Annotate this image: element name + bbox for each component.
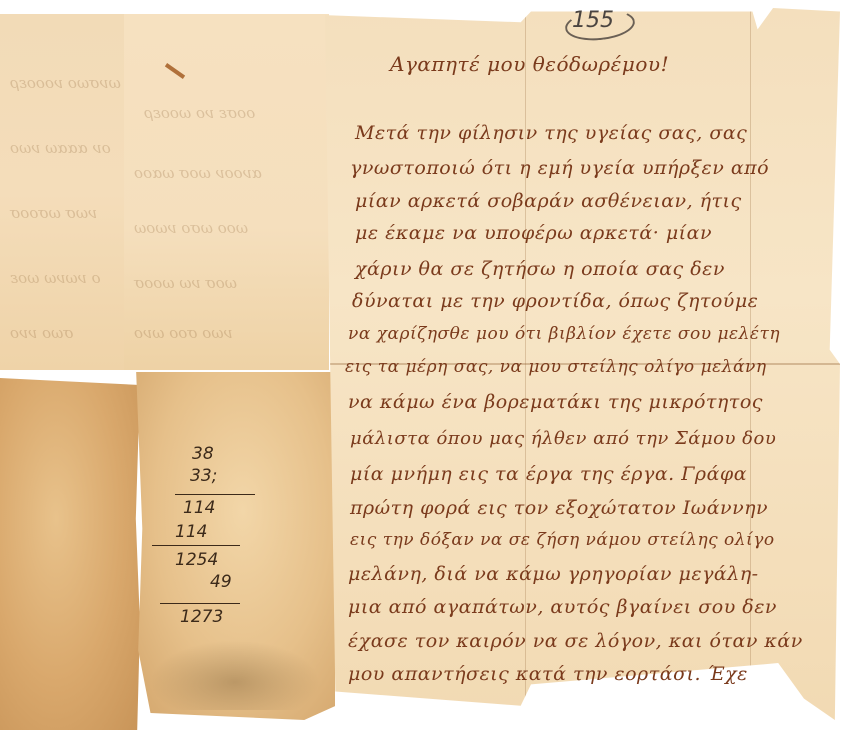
arith-row: 33; — [190, 466, 217, 486]
arith-row: 49 — [210, 572, 232, 592]
sum-rule — [175, 494, 255, 495]
bleed-through-text: ωοσ νω ωοοσ — [134, 274, 237, 292]
arith-row: 114 — [183, 498, 215, 518]
sum-rule — [160, 603, 240, 604]
bleed-through-text: νωσ ωσοοσ — [10, 204, 97, 222]
bleed-through-text: νωο σοο ωνο — [134, 324, 233, 342]
letter-line: μου απαντήσεις κατά την εορτάσι. Έχε — [348, 663, 748, 685]
letter-line: πρώτη φορά εις τον εξοχώτατον Ιωάννην — [350, 497, 768, 519]
bleed-through-text: ο νωνω ωοε — [10, 269, 101, 287]
bleed-through-text: ον αααω νωο — [10, 139, 111, 157]
letter-line: Μετά την φίλησιν της υγείας σας, σας — [355, 122, 747, 144]
letter-line: μια από αγαπάτων, αυτός βγαίνει σου δεν — [348, 596, 777, 618]
bleed-through-text: ανοον ωοσ ωαοο — [134, 164, 262, 182]
letter-line: μάλιστα όπου μας ήλθεν από την Σάμου δου — [350, 428, 776, 449]
letter-line: εις τα μέρη σας, να μου στείλης ολίγο με… — [345, 357, 767, 377]
bleed-through-text: οοσε νο ωοοερ — [144, 104, 255, 122]
arith-row: 38 — [192, 444, 214, 464]
ink-stain — [165, 63, 185, 79]
arith-row: 1273 — [180, 607, 223, 627]
reverse-panel-top-left-1: ωνσωο νοοοερ ον αααω νωο νωσ ωσοοσ ο νων… — [0, 14, 125, 370]
letter-line: χάριν θα σε ζητήσω η οποία σας δεν — [355, 258, 725, 280]
arith-row: 114 — [175, 522, 207, 542]
bleed-through-text: ωνσωο νοοοερ — [10, 74, 121, 92]
letter-line: εις την δόξαν να σε ζήση νάμου στείλης ο… — [350, 530, 775, 550]
letter-line: μελάνη, διά να κάμω γρηγορίαν μεγάλη- — [348, 563, 759, 585]
arith-row: 1254 — [175, 550, 218, 570]
letter-line: δύναται με την φροντίδα, όπως ζητούμε — [352, 290, 758, 312]
letter-line: μίαν αρκετά σοβαράν ασθένειαν, ήτις — [355, 190, 742, 212]
stained-panel-bottom-left-1 — [0, 378, 140, 730]
letter-salutation: Αγαπητέ μου θεόδωρέμου! — [390, 52, 669, 76]
letter-line: να κάμω ένα βορεματάκι της μικρότητος — [348, 391, 763, 413]
letter-line: με έκαμε να υποφέρω αρκετά· μίαν — [355, 222, 712, 244]
letter-line: μία μνήμη εις τα έργα της έργα. Γράφα — [350, 463, 747, 485]
bleed-through-text: σωο ννο — [10, 324, 74, 342]
reverse-panel-top-left-2: οοσε νο ωοοερ ανοον ωοσ ωαοο ωοο ωσο νωο… — [124, 14, 329, 370]
letter-line: γνωστοποιώ ότι η εμή υγεία υπήρξεν από — [350, 157, 769, 179]
letter-line: να χαρίζησθε μου ότι βιβλίον έχετε σου μ… — [348, 324, 780, 344]
bleed-through-text: ωοο ωσο νωοω — [134, 219, 248, 237]
grime-stain — [150, 640, 320, 710]
letter-line: έχασε τον καιρόν να σε λόγον, και όταν κ… — [348, 630, 803, 652]
sum-rule — [152, 545, 240, 546]
page-number: 155 — [572, 8, 614, 33]
